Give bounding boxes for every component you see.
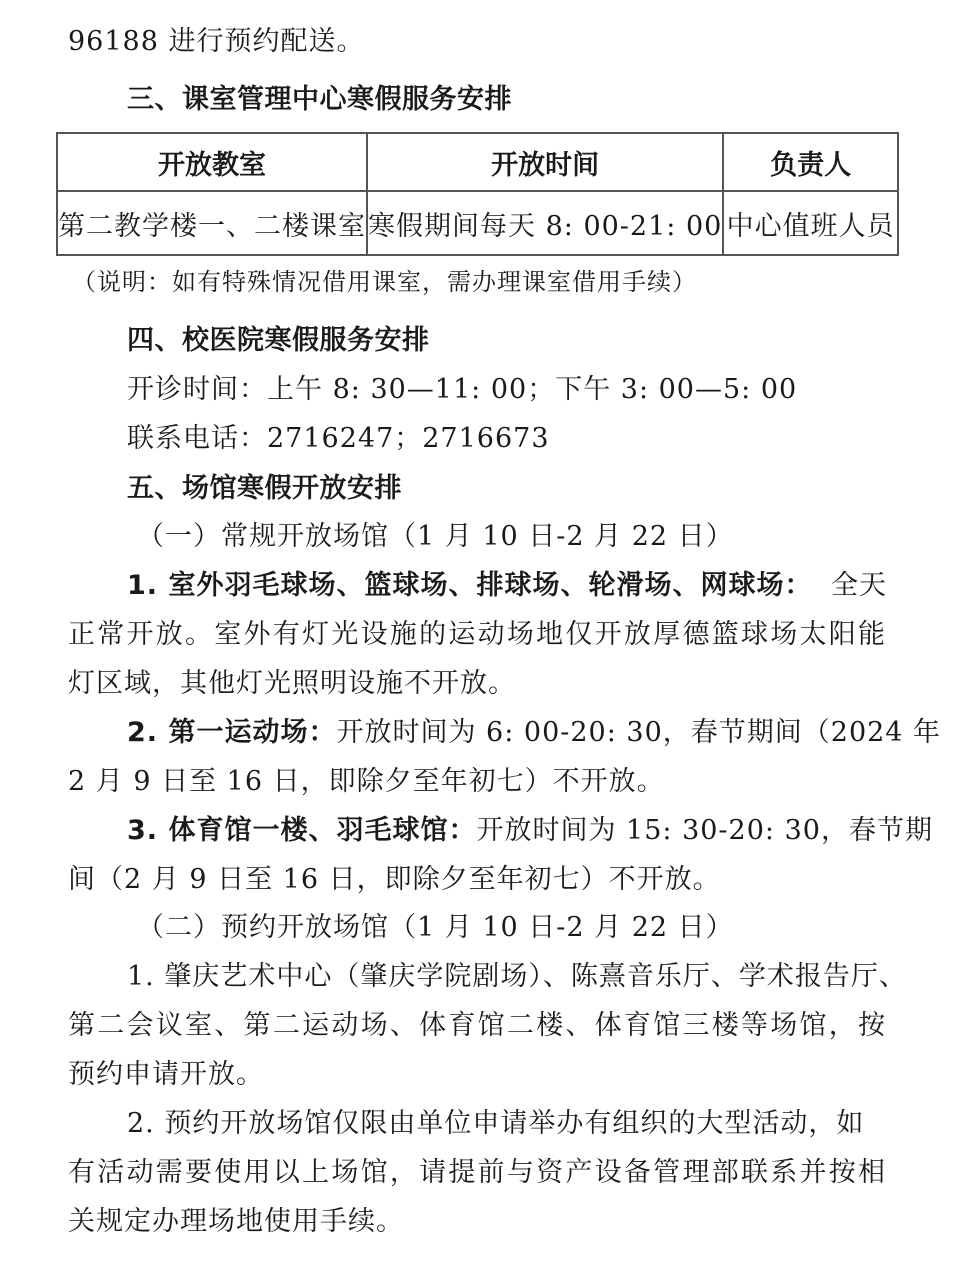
- cell-person: 中心值班人员: [723, 191, 898, 255]
- sub1-title: （一）常规开放场馆（1 月 10 日-2 月 22 日）: [137, 517, 734, 557]
- header-time: 开放时间: [367, 133, 723, 191]
- cell-classroom: 第二教学楼一、二楼课室: [57, 191, 367, 255]
- header-person: 负责人: [723, 133, 898, 191]
- sub1-item2-label: 2. 第一运动场：: [127, 717, 336, 748]
- classroom-table: 开放教室 开放时间 负责人 第二教学楼一、二楼课室 寒假期间每天 8: 00-2…: [56, 132, 899, 256]
- table-header-row: 开放教室 开放时间 负责人: [57, 133, 898, 191]
- sub1-item1-line3: 灯区域，其他灯光照明设施不开放。: [68, 664, 516, 704]
- sub2-item1-line1: 1. 肇庆艺术中心（肇庆学院剧场）、陈熹音乐厅、学术报告厅、: [127, 957, 907, 997]
- sub1-item1-line1: 1. 室外羽毛球场、篮球场、排球场、轮滑场、网球场：全天: [127, 566, 887, 606]
- table-row: 第二教学楼一、二楼课室 寒假期间每天 8: 00-21: 00 中心值班人员: [57, 191, 898, 255]
- sub2-item1-line2: 第二会议室、第二运动场、体育馆二楼、体育馆三楼等场馆，按: [68, 1006, 886, 1046]
- section3-note: （说明：如有特殊情况借用课室，需办理课室借用手续）: [72, 264, 697, 300]
- sub2-item2-line3: 关规定办理场地使用手续。: [68, 1202, 404, 1242]
- sub1-item2-line2: 2 月 9 日至 16 日，即除夕至年初七）不开放。: [68, 762, 665, 802]
- sub1-item1-rest: 全天: [831, 566, 887, 606]
- sub2-title: （二）预约开放场馆（1 月 10 日-2 月 22 日）: [137, 908, 734, 948]
- clinic-phone: 联系电话：2716247；2716673: [127, 419, 550, 459]
- sub1-item3-line1: 3. 体育馆一楼、羽毛球馆：开放时间为 15: 30-20: 30，春节期: [127, 811, 887, 851]
- sub1-item3-rest: 开放时间为 15: 30-20: 30，春节期: [476, 815, 933, 846]
- header-classroom: 开放教室: [57, 133, 367, 191]
- sub2-item2-line1: 2. 预约开放场馆仅限由单位申请举办有组织的大型活动，如: [127, 1104, 864, 1144]
- clinic-hours: 开诊时间：上午 8: 30—11: 00；下午 3: 00—5: 00: [127, 370, 797, 410]
- section4-title: 四、校医院寒假服务安排: [127, 321, 430, 361]
- sub1-item1-label: 1. 室外羽毛球场、篮球场、排球场、轮滑场、网球场：: [127, 570, 812, 601]
- sub1-item3-label: 3. 体育馆一楼、羽毛球馆：: [127, 815, 476, 846]
- intro-tail-text: 96188 进行预约配送。: [68, 22, 364, 62]
- sub1-item2-rest: 开放时间为 6: 00-20: 30，春节期间（2024 年: [336, 717, 941, 748]
- sub1-item2-line1: 2. 第一运动场：开放时间为 6: 00-20: 30，春节期间（2024 年: [127, 713, 887, 753]
- section5-title: 五、场馆寒假开放安排: [127, 469, 402, 509]
- sub2-item1-line3: 预约申请开放。: [68, 1055, 264, 1095]
- sub1-item3-line2: 间（2 月 9 日至 16 日，即除夕至年初七）不开放。: [68, 860, 721, 900]
- section3-title: 三、课室管理中心寒假服务安排: [127, 80, 512, 120]
- cell-time: 寒假期间每天 8: 00-21: 00: [367, 191, 723, 255]
- sub1-item1-line2: 正常开放。室外有灯光设施的运动场地仅开放厚德篮球场太阳能: [68, 615, 886, 655]
- sub2-item2-line2: 有活动需要使用以上场馆，请提前与资产设备管理部联系并按相: [68, 1153, 886, 1193]
